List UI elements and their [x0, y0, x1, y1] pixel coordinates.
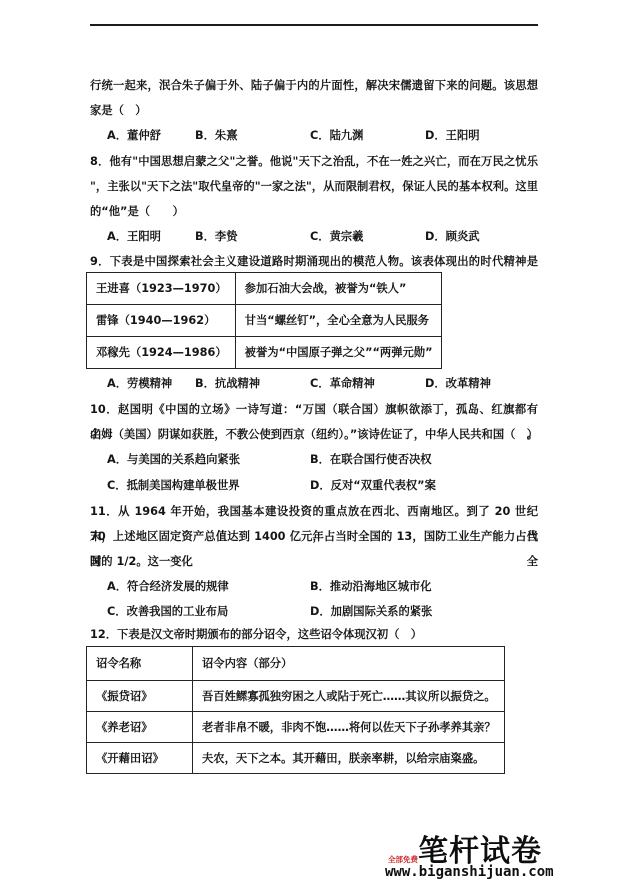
question-10: 10．赵国明《中国的立场》一诗写道：“万国（联合国）旗帜欲添丁，孤岛、红旗都有名…	[90, 397, 538, 498]
option-a: A．王阳明	[107, 224, 161, 249]
table-cell: 《振贷诏》	[87, 680, 193, 711]
question-7-options: A．董仲舒 B．朱熹 C．陆九渊 D．王阳明	[90, 123, 538, 148]
question-8-line: "，主张以"天下之法"取代皇帝的"一家之法"，从而限制君权，保证人民的基本权利。…	[90, 174, 538, 199]
question-9: 9．下表是中国探索社会主义建设道路时期涌现出的模范人物。该表体现出的时代精神是 …	[90, 249, 538, 395]
table-row: 《养老诏》 老者非帛不暖，非肉不饱……将何以佐天下子孙孝养其亲？	[87, 711, 505, 742]
table-header-row: 诏令名称 诏令内容（部分）	[87, 646, 505, 680]
table-cell: 邓稼先（1924—1986）	[87, 336, 236, 368]
option-a: A．董仲舒	[107, 123, 161, 148]
option-b: B．李贽	[195, 224, 238, 249]
question-7: 行统一起来，泯合朱子偏于外、陆子偏于内的片面性，解决宋儒遗留下来的问题。该思想 …	[90, 73, 538, 149]
option-b: B．在联合国行使否决权	[310, 447, 432, 472]
question-12: 12．下表是汉文帝时期颁布的部分诏令，这些诏令体现汉初（ ） 诏令名称 诏令内容…	[90, 622, 538, 774]
question-10-line: 10．赵国明《中国的立场》一诗写道：“万国（联合国）旗帜欲添丁，孤岛、红旗都有名…	[90, 397, 538, 422]
table-cell: 甘当“螺丝钉”，全心全意为人民服务	[235, 304, 441, 336]
table-cell: 《开藉田诏》	[87, 742, 193, 773]
table-cell: 参加石油大会战，被誉为“铁人”	[235, 272, 441, 304]
question-12-stem: 12．下表是汉文帝时期颁布的部分诏令，这些诏令体现汉初（ ）	[90, 622, 538, 647]
question-12-table: 诏令名称 诏令内容（部分） 《振贷诏》 吾百姓鳏寡孤独穷困之人或阽于死亡……其议…	[86, 646, 505, 774]
top-divider-rule	[90, 24, 538, 26]
option-c: C．革命精神	[310, 371, 375, 396]
option-d: D．王阳明	[425, 123, 480, 148]
table-row: 《振贷诏》 吾百姓鳏寡孤独穷困之人或阽于死亡……其议所以振贷之。	[87, 680, 505, 711]
option-c: C．抵制美国构建单极世界	[107, 473, 240, 498]
question-11-options-row1: A．符合经济发展的规律 B．推动沿海地区城市化	[90, 574, 538, 599]
site-watermark: 全部免费 笔杆试卷 www.biganshijuan.com	[385, 828, 570, 886]
table-cell: 雷锋（1940—1962）	[87, 304, 236, 336]
question-10-options-row2: C．抵制美国构建单极世界 D．反对“双重代表权”案	[90, 473, 538, 498]
option-c: C．黄宗羲	[310, 224, 363, 249]
question-8-line: 的“他”是（ ）	[90, 199, 538, 224]
question-8-line: 8．他有"中国思想启蒙之父"之誉。他说"天下之治乱，不在一姓之兴亡，而在万民之忧…	[90, 149, 538, 174]
table-cell: 《养老诏》	[87, 711, 193, 742]
option-b: B．朱熹	[195, 123, 238, 148]
option-b: B．推动沿海地区城市化	[310, 574, 432, 599]
table-row: 雷锋（1940—1962） 甘当“螺丝钉”，全心全意为人民服务	[87, 304, 442, 336]
question-7-line: 家是（ ）	[90, 98, 538, 123]
question-10-line: 山姆（美国）阴谋如获胜，不教公使到西京（纽约）。”该诗佐证了，中华人民共和国（ …	[90, 422, 538, 447]
question-9-table: 王进喜（1923—1970） 参加石油大会战，被誉为“铁人” 雷锋（1940—1…	[86, 272, 442, 369]
option-a: A．符合经济发展的规律	[107, 574, 229, 599]
option-b: B．抗战精神	[195, 371, 260, 396]
table-cell: 夫农，天下之本。其开藉田，朕亲率耕，以给宗庙粢盛。	[193, 742, 505, 773]
option-d: D．反对“双重代表权”案	[310, 473, 436, 498]
table-cell: 吾百姓鳏寡孤独穷困之人或阽于死亡……其议所以振贷之。	[193, 680, 505, 711]
option-a: A．劳模精神	[107, 371, 172, 396]
question-11-line: 末，上述地区固定资产总值达到 1400 亿元，占当时全国的 13，国防工业生产能…	[90, 524, 538, 549]
question-11: 11．从 1964 年开始，我国基本建设投资的重点放在西北、西南地区。到了 20…	[90, 499, 538, 625]
option-d: D．改革精神	[425, 371, 491, 396]
table-cell: 被誉为“中国原子弹之父”“两弹元勋”	[235, 336, 441, 368]
table-header-cell: 诏令名称	[87, 646, 193, 680]
watermark-url: www.biganshijuan.com	[385, 864, 554, 880]
exam-page: 行统一起来，泯合朱子偏于外、陆子偏于内的片面性，解决宋儒遗留下来的问题。该思想 …	[0, 0, 621, 889]
option-a: A．与美国的关系趋向紧张	[107, 447, 240, 472]
option-d: D．顾炎武	[425, 224, 480, 249]
question-7-line: 行统一起来，泯合朱子偏于外、陆子偏于内的片面性，解决宋儒遗留下来的问题。该思想	[90, 73, 538, 98]
table-row: 《开藉田诏》 夫农，天下之本。其开藉田，朕亲率耕，以给宗庙粢盛。	[87, 742, 505, 773]
table-cell: 王进喜（1923—1970）	[87, 272, 236, 304]
question-8-options: A．王阳明 B．李贽 C．黄宗羲 D．顾炎武	[90, 224, 538, 249]
question-9-stem: 9．下表是中国探索社会主义建设道路时期涌现出的模范人物。该表体现出的时代精神是	[90, 249, 538, 274]
option-c: C．陆九渊	[310, 123, 363, 148]
question-11-line: 11．从 1964 年开始，我国基本建设投资的重点放在西北、西南地区。到了 20…	[90, 499, 538, 524]
table-row: 邓稼先（1924—1986） 被誉为“中国原子弹之父”“两弹元勋”	[87, 336, 442, 368]
table-header-cell: 诏令内容（部分）	[193, 646, 505, 680]
question-10-options-row1: A．与美国的关系趋向紧张 B．在联合国行使否决权	[90, 447, 538, 472]
question-9-options: A．劳模精神 B．抗战精神 C．革命精神 D．改革精神	[90, 371, 538, 396]
table-row: 王进喜（1923—1970） 参加石油大会战，被誉为“铁人”	[87, 272, 442, 304]
table-cell: 老者非帛不暖，非肉不饱……将何以佐天下子孙孝养其亲？	[193, 711, 505, 742]
question-8: 8．他有"中国思想启蒙之父"之誉。他说"天下之治乱，不在一姓之兴亡，而在万民之忧…	[90, 149, 538, 250]
